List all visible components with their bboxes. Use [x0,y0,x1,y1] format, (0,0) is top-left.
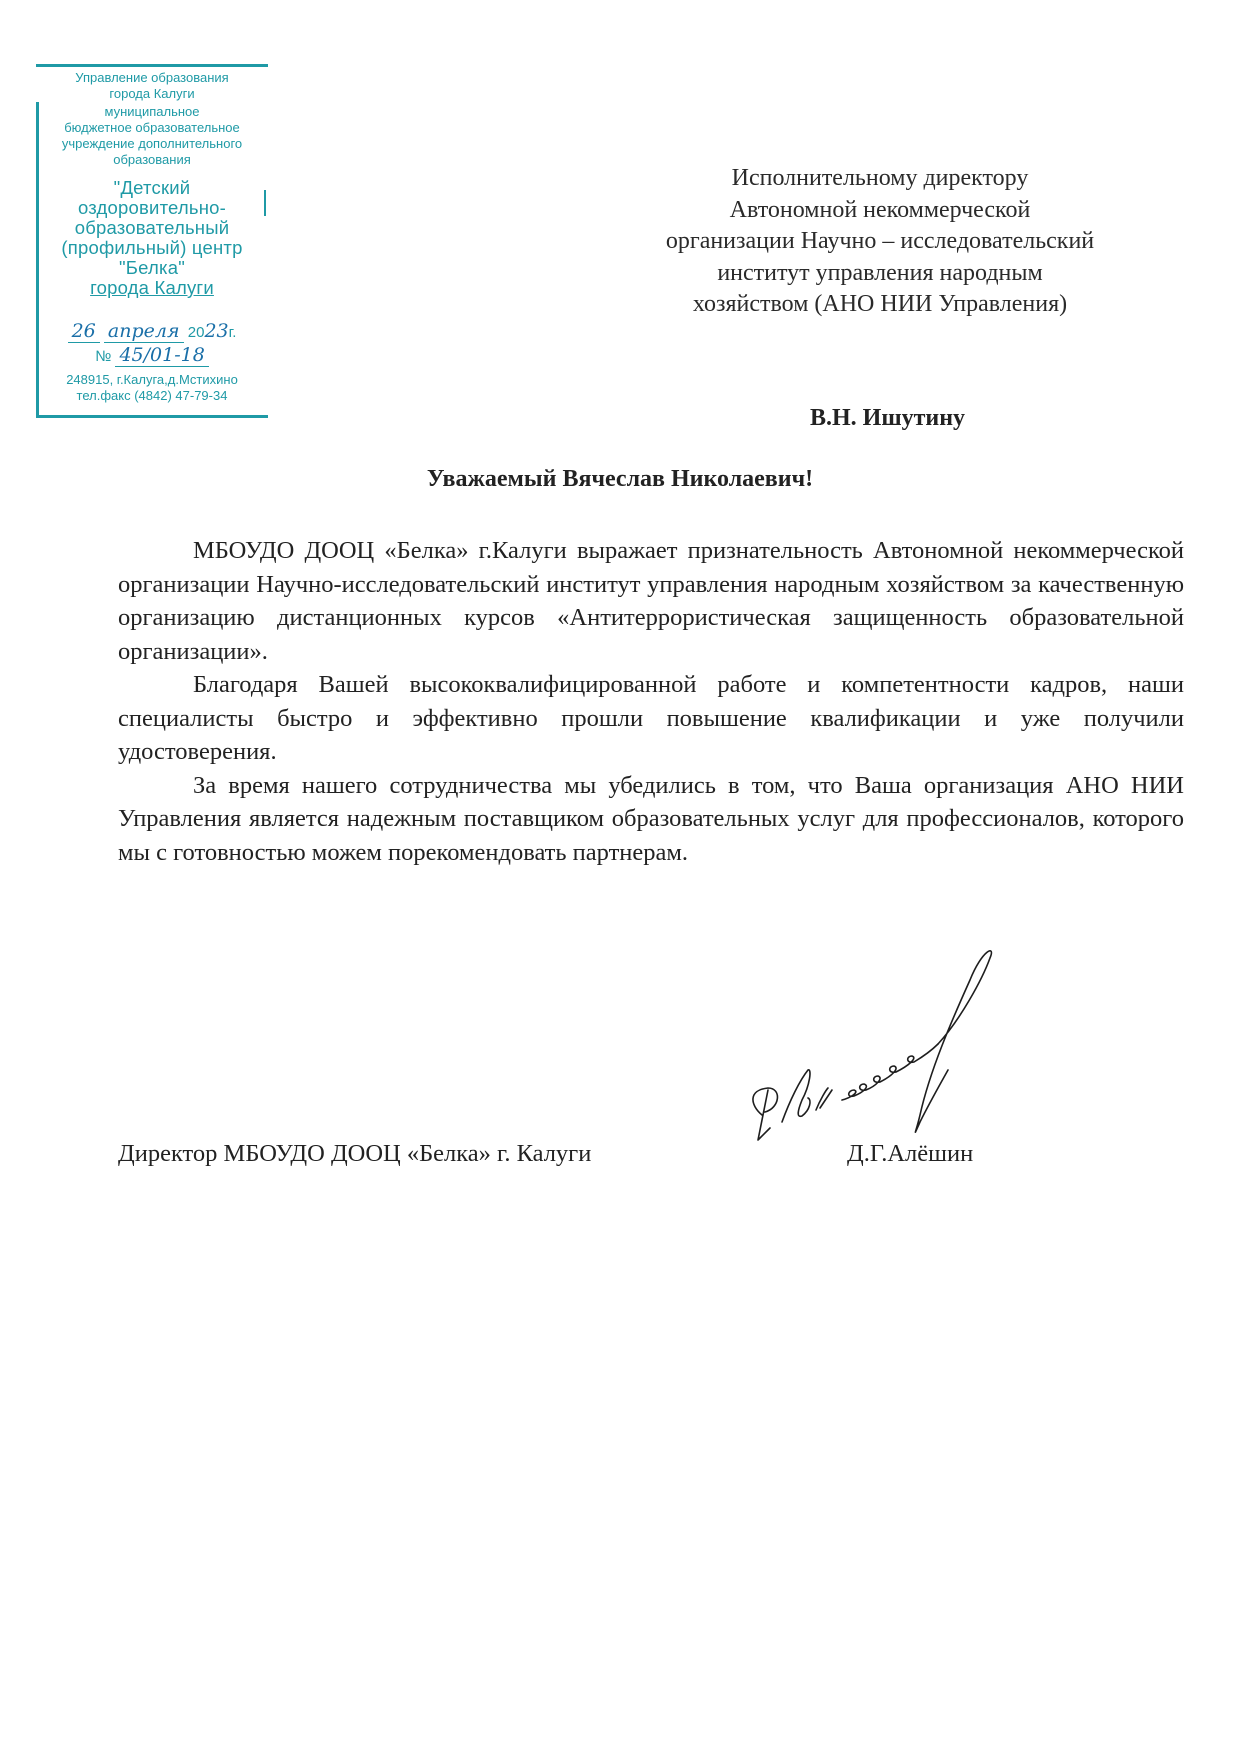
organization-stamp: Управление образования города Калуги мун… [36,62,268,418]
stamp-date: 26 апреля 2023г. [36,320,268,342]
stamp-line: города Калуги [36,86,268,102]
stamp-number: № 45/01-18 [36,344,268,366]
stamp-phone: тел.факс (4842) 47-79-34 [36,388,268,404]
handwritten-signature-icon [720,940,1010,1160]
stamp-line: "Детский [36,178,268,198]
recipient-name: В.Н. Ишутину [810,405,965,432]
addressee-line: институт управления народным [580,258,1180,290]
stamp-address: 248915, г.Калуга,д.Мстихино [36,372,268,388]
stamp-contacts: 248915, г.Калуга,д.Мстихино тел.факс (48… [36,372,268,404]
stamp-line: (профильный) центр [36,238,268,258]
stamp-date-year-suffix: г. [229,324,237,341]
stamp-number-prefix: № [95,348,111,365]
stamp-border-top [36,64,268,67]
stamp-number-value: 45/01-18 [115,344,208,367]
stamp-authority: Управление образования города Калуги [36,70,268,102]
signatory-name: Д.Г.Алёшин [847,1140,973,1168]
addressee-line: Автономной некоммерческой [580,195,1180,227]
stamp-line: Управление образования [36,70,268,86]
stamp-line: образования [36,152,268,168]
stamp-line: города Калуги [36,278,268,298]
signatory-title: Директор МБОУДО ДООЦ «Белка» г. Калуги [118,1140,591,1168]
stamp-line: муниципальное [36,104,268,120]
addressee-line: организации Научно – исследовательский [580,226,1180,258]
salutation: Уважаемый Вячеслав Николаевич! [0,466,1240,493]
stamp-line: оздоровительно- [36,198,268,218]
stamp-institution-type: муниципальное бюджетное образовательное … [36,104,268,168]
stamp-date-year-hand: 23 [204,320,228,342]
stamp-line: бюджетное образовательное [36,120,268,136]
stamp-institution-name: "Детский оздоровительно- образовательный… [36,178,268,298]
stamp-line: учреждение дополнительного [36,136,268,152]
body-paragraph: МБОУДО ДООЦ «Белка» г.Калуги выражает пр… [118,534,1184,668]
body-paragraph: Благодаря Вашей высококвалифицированной … [118,668,1184,769]
body-paragraph: За время нашего сотрудничества мы убедил… [118,769,1184,870]
addressee-block: Исполнительному директору Автономной нек… [580,163,1180,321]
stamp-line: образовательный [36,218,268,238]
stamp-line: "Белка" [36,258,268,278]
addressee-line: хозяйством (АНО НИИ Управления) [580,289,1180,321]
stamp-border-bottom [36,415,268,418]
stamp-date-year-prefix: 20 [188,324,205,341]
stamp-date-day: 26 [68,320,100,343]
letter-body: МБОУДО ДООЦ «Белка» г.Калуги выражает пр… [118,534,1184,869]
stamp-date-month: апреля [104,320,184,343]
addressee-line: Исполнительному директору [580,163,1180,195]
